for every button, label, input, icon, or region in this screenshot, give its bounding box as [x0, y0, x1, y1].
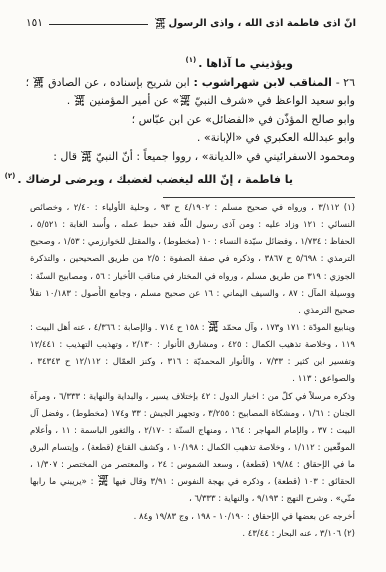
narration-line: وابو سعيد الواعظ في «شرف النبيّ صلى الله… [28, 92, 355, 111]
footnote-line: ووسيلة المآل : ٨٧ ، والسيف اليماني : ١٦ … [30, 286, 355, 303]
footnote-line: منّي» . وشرح النهج : ٩/١٩٣ ، والنهاية : … [30, 491, 355, 508]
footnote-line: وتفسير ابن كثير : ٧/٣٣ ، والأنوار المحمد… [30, 354, 355, 371]
footnote-line: البيت : ٣٧ ، والإمام المهاجر : ١٦٤ ، ومن… [30, 423, 355, 440]
narration-text: وابو صالح المؤذّن في «الفضائل» عن ابن عب… [132, 113, 355, 126]
footnote-separator [163, 197, 355, 198]
footnote-ref: (١) [186, 56, 197, 64]
narration-text: » عن أمير المؤمنين [86, 94, 179, 107]
hadith-text: يا فاطمة ، إنّ الله ليغضب لغضبك ، ويرضى … [17, 173, 293, 186]
narration-text: ومحمود الاسفرائيني في «الديانة» ، رووا ج… [93, 150, 356, 163]
footnote-line: الجنان : ١/٦١ ، ومشكاة المصابيح : ٣/٢٥٥ … [30, 406, 355, 423]
hadith-line: ويؤذيني ما آذاها .(١) [28, 51, 355, 74]
honorific-symbol: صلى الله عليه وآله وسلم [81, 151, 93, 162]
narration-text: . [67, 94, 74, 107]
honorific-symbol: صلى الله عليه وآله وسلم [179, 95, 191, 106]
hadith-text: ويؤذيني ما آذاها . [198, 57, 293, 70]
narration-text: وابو سعيد الواعظ في «شرف النبيّ [191, 94, 355, 107]
footnote-line: ١١٩ ، وخلاصة تذهيب الكمال : ٤٢٥ ، ومشارق… [30, 337, 355, 354]
narration-line: ومحمود الاسفرائيني في «الديانة» ، رووا ج… [28, 148, 355, 167]
footnote-line: الموقّعين : ١/١١٢ ، وخلاصة تذهيب الكمال … [30, 440, 355, 457]
entry-number: ٢٦ - [336, 76, 355, 89]
footnote-line: ما في الإحقاق : ١٩/٨٤ (قطعة) ، وسعد الشم… [30, 457, 355, 474]
entry-text: ابن شريح بإسناده ، عن الصادق [45, 76, 190, 89]
header-rule [49, 24, 149, 25]
running-title-wrap: انّ اذى فاطمة اذى الله ، واذى الرسول صلى… [154, 18, 356, 29]
footnote-line: الترمذي : ٥/٦٩٨ ح ٣٨٦٧ ، وذكره في صفة ال… [30, 251, 355, 268]
narration-text: قال : [53, 150, 80, 163]
entry-tail: ؛ [26, 76, 33, 89]
page-header: انّ اذى فاطمة اذى الله ، واذى الرسول صلى… [26, 17, 356, 29]
footnote-line: الجوزي : ٣١٩ من طريق مسلم ، ورواه في الم… [30, 269, 355, 286]
footnote-line: صحيح الترمذي . [30, 303, 355, 320]
footnote-line: والصواعق : ١١٣ . [30, 371, 355, 388]
narration-line: وابو صالح المؤذّن في «الفضائل» عن ابن عب… [28, 111, 355, 130]
honorific-symbol: صلى الله عليه وآله وسلم [207, 321, 219, 332]
footnote-line: وينابيع المودّة : ١٧١ و١٧٣ ، وآل محمّد ص… [30, 320, 355, 337]
footnote-line: الحقائق : ١٠٣ (قطعة) ، وذكره في بهجة الن… [30, 474, 355, 491]
footnote-ref: (٢) [5, 172, 16, 180]
footnote-line: وذكره مرسلاً في كلّ من : اخبار الدول : ٤… [30, 389, 355, 406]
honorific-symbol: صلى الله عليه وآله وسلم [154, 18, 166, 29]
footnote-line: (١) ٣/١١٢ ، ورواه في صحيح مسلم : ٤/١٩٠٢ … [30, 200, 355, 217]
footnote-line: (٢) ٣/١٠٦ ، عنه البحار : ٤٣/٤٤ . [30, 526, 355, 543]
footnotes: (١) ٣/١١٢ ، ورواه في صحيح مسلم : ٤/١٩٠٢ … [30, 200, 355, 543]
book-page: انّ اذى فاطمة اذى الله ، واذى الرسول صلى… [0, 0, 386, 572]
footnote-line: أخرجه عن بعضها في الإحقاق : ١٠/١٩٠ - ١٩٨… [30, 509, 355, 526]
footnote-line: الحفاظ : ١/٧٣٤ ، وفضائل سيّدة النساء : ١… [30, 234, 355, 251]
book-title: المناقب لابن شهراشوب : [190, 76, 336, 89]
body-text: ويؤذيني ما آذاها .(١) ٢٦ - المناقب لابن … [28, 51, 355, 189]
honorific-symbol: صلى الله عليه وآله وسلم [74, 95, 86, 106]
running-title: انّ اذى فاطمة اذى الله ، واذى الرسول [168, 18, 356, 29]
narration-line: وابو عبدالله العكبري في «الإبانة» . [28, 129, 355, 148]
honorific-symbol: صلى الله عليه وآله وسلم [97, 475, 109, 486]
entry-line: ٢٦ - المناقب لابن شهراشوب : ابن شريح بإس… [28, 74, 355, 93]
page-number: ١٥١ [26, 17, 43, 29]
narration-text: وابو عبدالله العكبري في «الإبانة» . [197, 131, 355, 144]
hadith-line: يا فاطمة ، إنّ الله ليغضب لغضبك ، ويرضى … [28, 167, 355, 190]
honorific-symbol: صلى الله عليه وآله وسلم [33, 77, 45, 88]
footnote-line: النسائي : ١٢١ وزاد عليه : ومن آذى رسول ا… [30, 217, 355, 234]
